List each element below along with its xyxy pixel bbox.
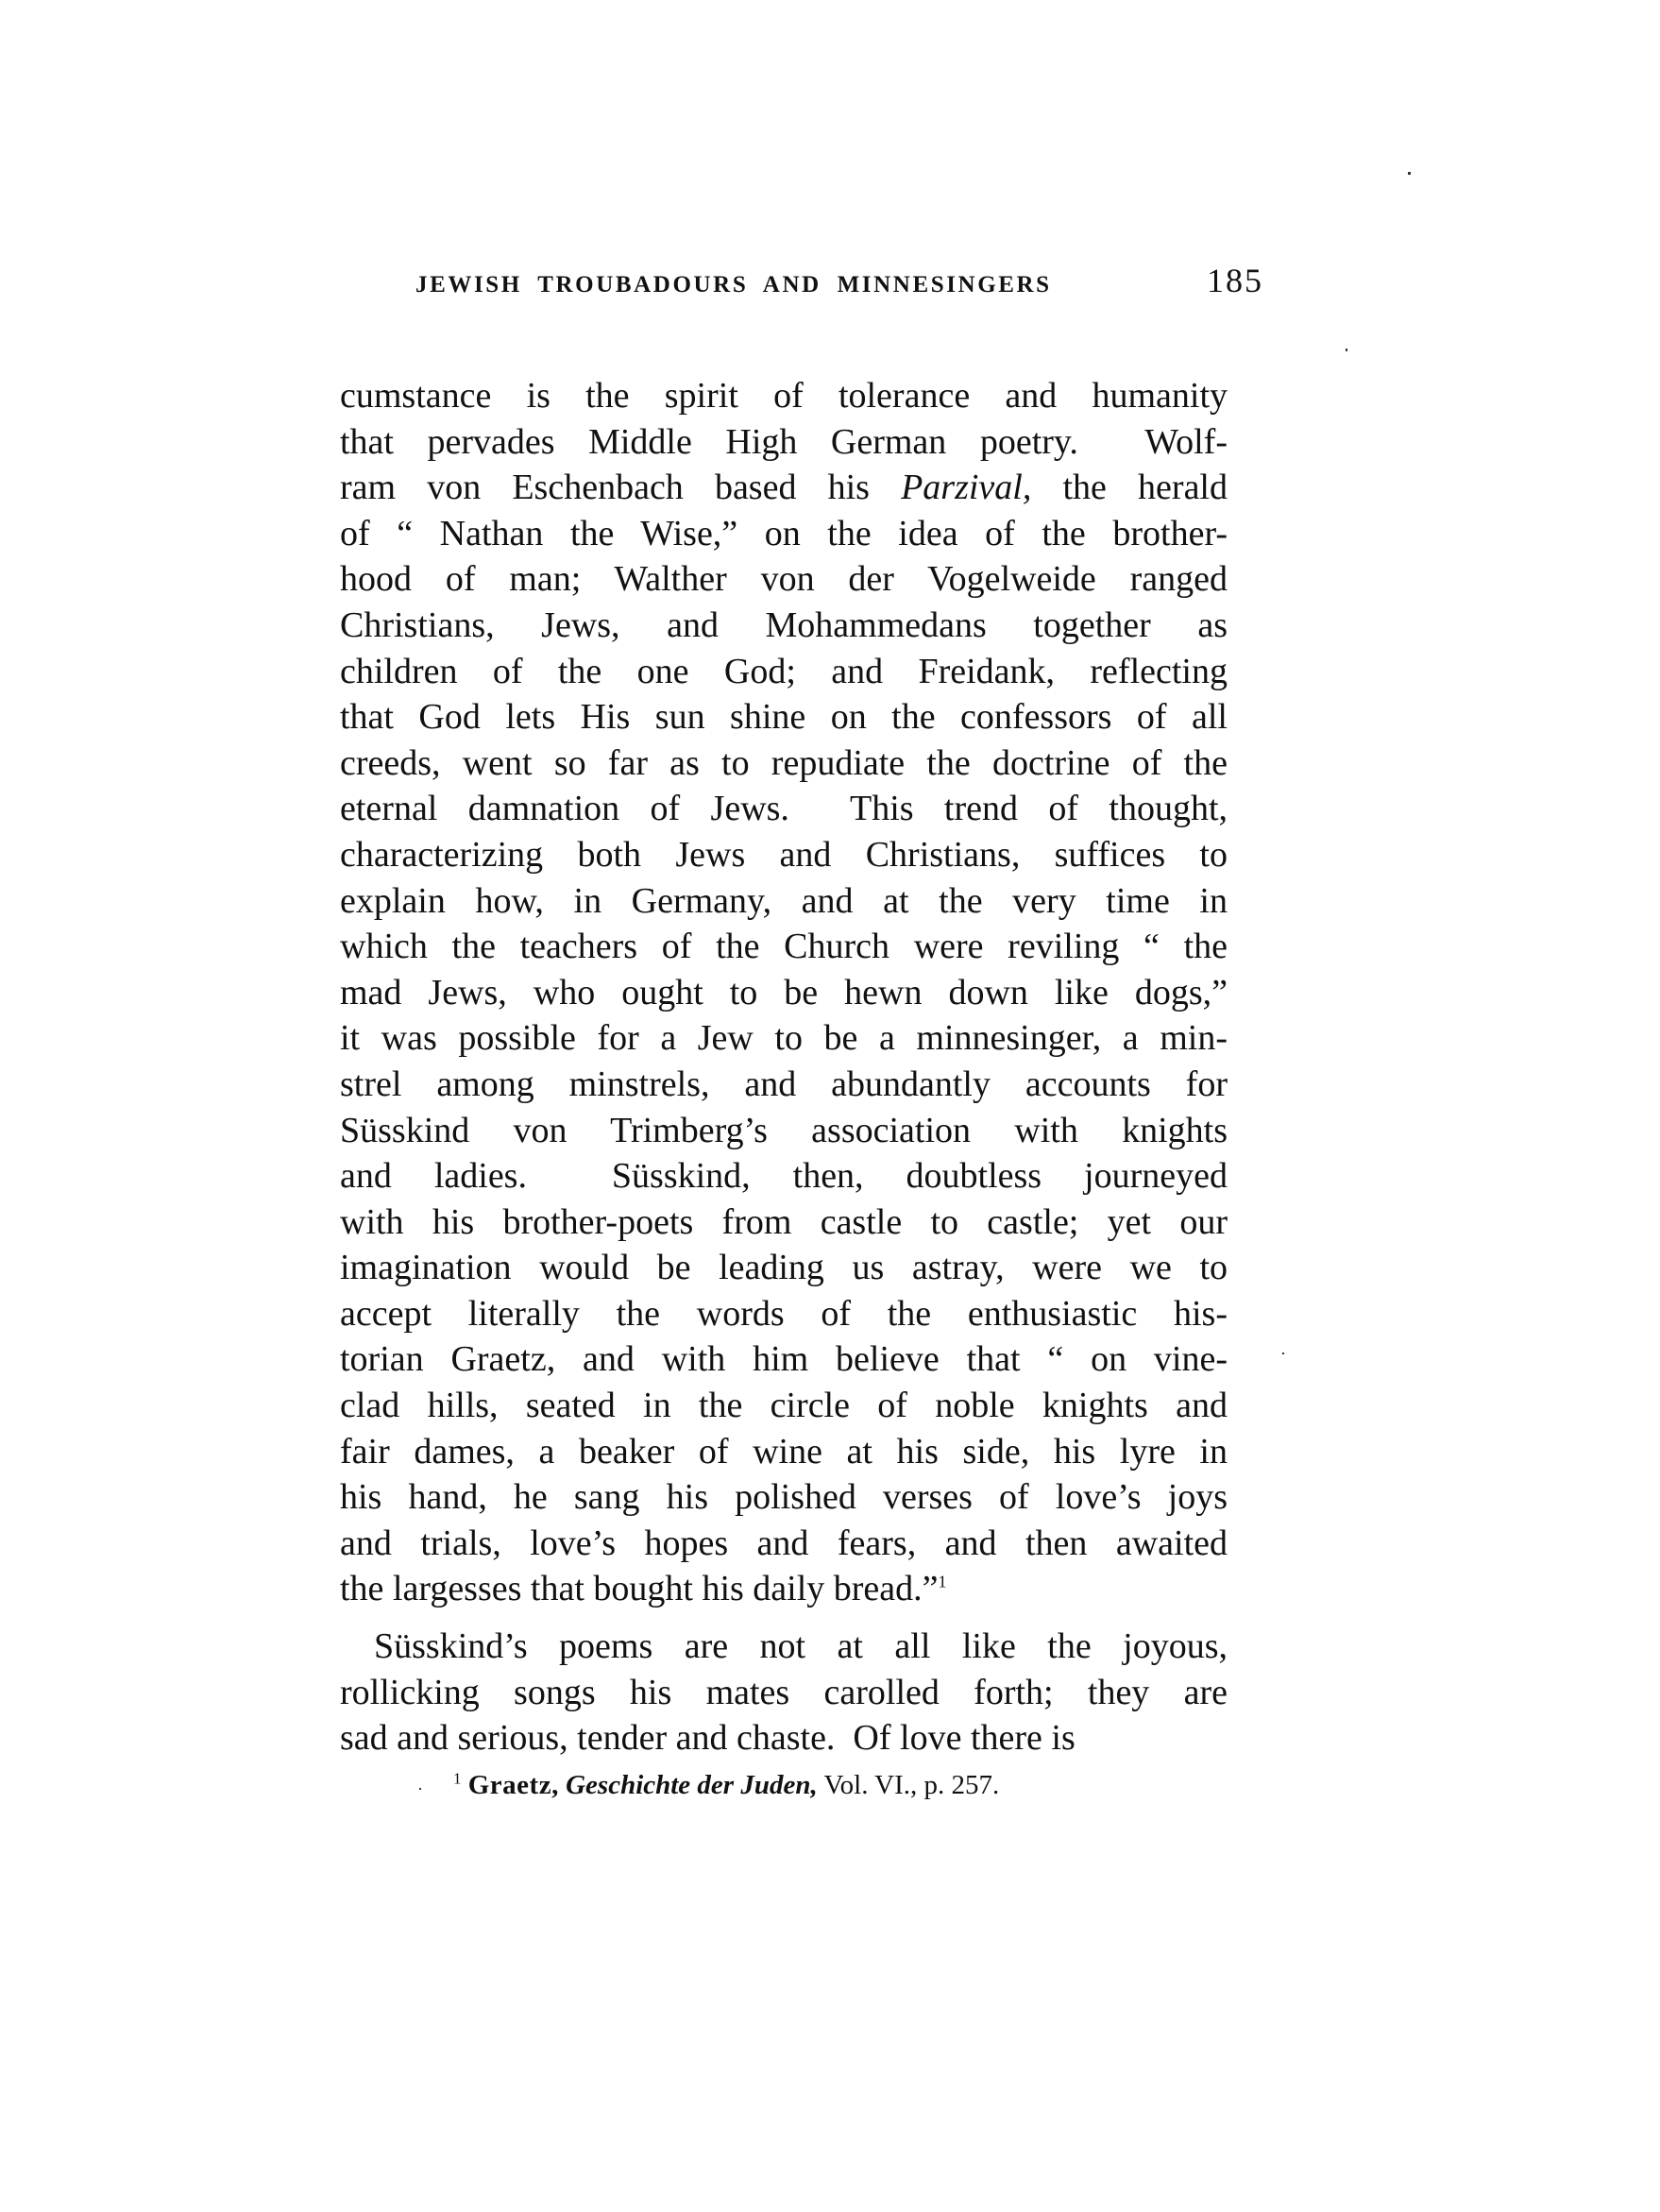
text-line: and trials, love’s hopes and fears, and …: [340, 1521, 1228, 1567]
text-line: sad and serious, tender and chaste. Of l…: [340, 1715, 1228, 1761]
footnote-marker: 1: [453, 1769, 462, 1787]
scan-speck: [1346, 349, 1347, 351]
text-line: that God lets His sun shine on the confe…: [340, 694, 1228, 740]
text-line: eternal damnation of Jews. This trend of…: [340, 786, 1228, 832]
scan-speck: [1408, 172, 1411, 175]
text-line: creeds, went so far as to repudiate the …: [340, 740, 1228, 787]
italic-title: Parzival,: [901, 468, 1031, 507]
scan-speck: [419, 1788, 421, 1790]
footnote: 1 Graetz, Geschichte der Juden, Vol. VI.…: [453, 1764, 1171, 1806]
text-line: cumstance is the spirit of tolerance and…: [340, 373, 1228, 419]
text-line: children of the one God; and Freidank, r…: [340, 649, 1228, 695]
page-number: 185: [1207, 261, 1263, 300]
text-line: accept literally the words of the enthus…: [340, 1291, 1228, 1337]
text-line: torian Graetz, and with him believe that…: [340, 1336, 1228, 1383]
text-line: mad Jews, who ought to be hewn down like…: [340, 970, 1228, 1016]
text-line: which the teachers of the Church were re…: [340, 924, 1228, 970]
text-line: the largesses that bought his daily brea…: [340, 1566, 1228, 1612]
text-line: Süsskind’s poems are not at all like the…: [340, 1624, 1228, 1670]
footnote-citation: Vol. VI., p. 257.: [818, 1770, 1000, 1800]
text-line: explain how, in Germany, and at the very…: [340, 878, 1228, 925]
text-line: clad hills, seated in the circle of nobl…: [340, 1383, 1228, 1429]
running-head: JEWISH TROUBADOURS AND MINNESINGERS 185: [415, 261, 1263, 302]
scan-speck: [1282, 1353, 1284, 1354]
text-line: ram von Eschenbach based his Parzival, t…: [340, 465, 1228, 511]
text-line: Christians, Jews, and Mohammedans togeth…: [340, 603, 1228, 649]
text-line: imagination would be leading us astray, …: [340, 1245, 1228, 1291]
text-line: his hand, he sang his polished verses of…: [340, 1474, 1228, 1521]
text-line: characterizing both Jews and Christians,…: [340, 832, 1228, 878]
text-line: hood of man; Walther von der Vogelweide …: [340, 556, 1228, 603]
running-title: JEWISH TROUBADOURS AND MINNESINGERS: [415, 272, 1052, 298]
text-line: Süsskind von Trimberg’s association with…: [340, 1108, 1228, 1154]
footnote-work-title: Geschichte der Juden,: [566, 1770, 818, 1800]
book-page: JEWISH TROUBADOURS AND MINNESINGERS 185 …: [0, 0, 1660, 2212]
text-line: it was possible for a Jew to be a minnes…: [340, 1015, 1228, 1062]
paragraph: Süsskind’s poems are not at all like the…: [340, 1624, 1228, 1761]
footnote-reference: 1: [939, 1573, 947, 1591]
paragraph: cumstance is the spirit of tolerance and…: [340, 373, 1228, 1612]
text-line: and ladies. Süsskind, then, doubtless jo…: [340, 1153, 1228, 1200]
footnote-author: Graetz,: [468, 1770, 559, 1800]
text-line: fair dames, a beaker of wine at his side…: [340, 1429, 1228, 1475]
paragraph-gap: [340, 1612, 1228, 1624]
text-line: strel among minstrels, and abundantly ac…: [340, 1062, 1228, 1108]
text-line: of “ Nathan the Wise,” on the idea of th…: [340, 511, 1228, 557]
body-text: cumstance is the spirit of tolerance and…: [340, 373, 1228, 1761]
text-line: that pervades Middle High German poetry.…: [340, 419, 1228, 466]
text-line: rollicking songs his mates carolled fort…: [340, 1670, 1228, 1716]
text-line: with his brother-poets from castle to ca…: [340, 1200, 1228, 1246]
